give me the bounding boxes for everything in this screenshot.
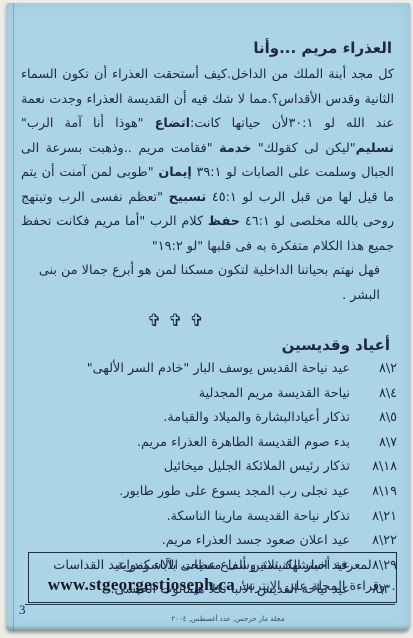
info-line2-text: وقراءة المجلة على الإنترنت [239, 579, 385, 594]
article-body: كل مجد أبنة الملك من الداخل.كيف أستحقت ا… [21, 63, 394, 259]
feast-row: ١٩\٨ عيد تجلى رب المجد يسوع على طور طابو… [17, 480, 397, 505]
feast-text: تذكار نياحة القديسة مارينا الناسكة. [167, 505, 351, 530]
scanned-page: العذراء مريم ...وأنا كل مجد أبنة الملك م… [6, 3, 410, 631]
scan-edge-line [13, 3, 14, 631]
feast-text: عيد تجلى رب المجد يسوع على طور طابور. [119, 480, 350, 505]
info-line2: وقراءة المجلة على الإنترنت www.stgeorges… [33, 575, 392, 597]
feast-text: بدء صوم القديسة الطاهرة العذراء مريم. [137, 431, 350, 456]
feast-date: ٧\٨ [357, 431, 397, 456]
feast-text: عيد نياحة القديس يوسف البار "خادم السر ا… [87, 357, 350, 382]
feast-text: تذكار رئيس الملائكة الجليل ميخائيل [164, 455, 350, 480]
page-content: العذراء مريم ...وأنا كل مجد أبنة الملك م… [6, 3, 410, 631]
feast-date: ٢٢\٨ [357, 529, 397, 554]
feast-row: ٢١\٨ تذكار نياحة القديسة مارينا الناسكة. [17, 505, 397, 530]
divider-line [25, 604, 395, 605]
info-line1: لمعرفة أخبار الكنيسة وسماع عظات الآباء و… [33, 557, 392, 574]
feast-text: تذكار أعيادالبشارة والميلاد والقيامة. [163, 406, 350, 431]
feast-row: ٥\٨ تذكار أعيادالبشارة والميلاد والقيامة… [17, 406, 397, 431]
church-info-box: لمعرفة أخبار الكنيسة وسماع عظات الآباء و… [28, 552, 397, 603]
article-closing-line: فهل نهتم بحياتنا الداخلية لتكون مسكنا لم… [21, 259, 394, 308]
cross-icons: ✞✞✞ [6, 310, 369, 332]
emphasis-word: خدمة [219, 141, 251, 156]
feast-row: ٤\٨ نياحة القديسة مريم المجدلية [17, 382, 397, 407]
feast-date: ٤\٨ [357, 382, 397, 407]
feast-text: عيد اعلان صعود جسد العذراء مريم. [162, 529, 350, 554]
page-number: 3 [19, 602, 26, 618]
emphasis-word: حفظ [208, 214, 240, 229]
feast-date: ٢\٨ [357, 357, 397, 382]
emphasis-word: إيمان [158, 165, 192, 180]
body-segment: "ليكن لى كقولك" [251, 141, 355, 156]
emphasis-word: اتضاع [155, 116, 190, 131]
feast-row: ٢\٨ عيد نياحة القديس يوسف البار "خادم ال… [17, 357, 397, 382]
website-url[interactable]: www.stgeorgestjoseph.ca [48, 575, 235, 594]
feast-row: ١٨\٨ تذكار رئيس الملائكة الجليل ميخائيل [17, 455, 397, 480]
feasts-heading: أعياد وقديسين [17, 336, 390, 354]
feast-date: ١٩\٨ [357, 480, 397, 505]
feast-date: ٥\٨ [357, 406, 397, 431]
feast-row: ٢٢\٨ عيد اعلان صعود جسد العذراء مريم. [17, 529, 397, 554]
article-title: العذراء مريم ...وأنا [17, 39, 392, 57]
emphasis-word: تسليم [356, 141, 394, 156]
feast-row: ٧\٨ بدء صوم القديسة الطاهرة العذراء مريم… [17, 431, 397, 456]
feast-text: نياحة القديسة مريم المجدلية [199, 382, 350, 407]
feast-date: ٢١\٨ [357, 505, 397, 530]
emphasis-word: تسبيح [169, 190, 207, 205]
body-segment: "هوذا أنا آمة الرب" [21, 116, 155, 131]
feast-date: ١٨\٨ [357, 455, 397, 480]
issue-caption: مجلة مار جرجس, عدد أغسطس, ٢٠٠٤ [46, 615, 410, 623]
